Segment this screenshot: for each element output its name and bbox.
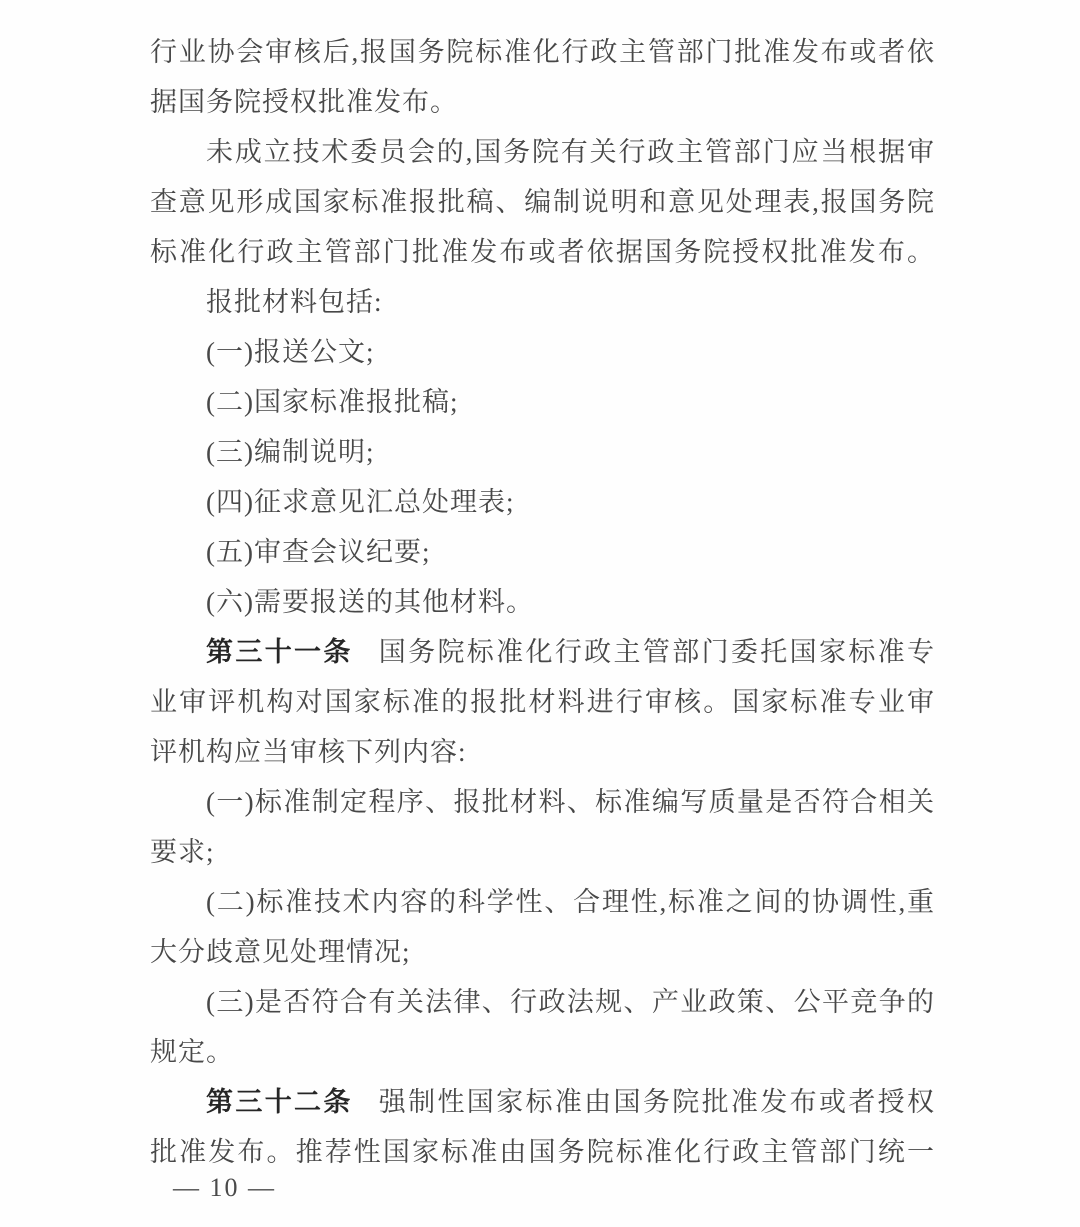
text-line: 大分歧意见处理情况;: [150, 927, 935, 977]
text-line: 查意见形成国家标准报批稿、编制说明和意见处理表,报国务院: [150, 177, 935, 227]
list-item: (四)征求意见汇总处理表;: [150, 477, 935, 527]
article-line-text: 国务院标准化行政主管部门委托国家标准专: [379, 637, 935, 667]
list-item: (六)需要报送的其他材料。: [150, 577, 935, 627]
text-line: 标准化行政主管部门批准发布或者依据国务院授权批准发布。: [150, 227, 935, 277]
document-page: 行业协会审核后,报国务院标准化行政主管部门批准发布或者依 据国务院授权批准发布。…: [0, 0, 1080, 1227]
list-item: (五)审查会议纪要;: [150, 527, 935, 577]
text-line: 业审评机构对国家标准的报批材料进行审核。国家标准专业审: [150, 677, 935, 727]
article-line: 第三十二条强制性国家标准由国务院批准发布或者授权: [150, 1077, 935, 1127]
list-item: (三)是否符合有关法律、行政法规、产业政策、公平竞争的: [150, 977, 935, 1027]
list-item: (一)标准制定程序、报批材料、标准编写质量是否符合相关: [150, 777, 935, 827]
text-line: 报批材料包括:: [150, 277, 935, 327]
text-line: 行业协会审核后,报国务院标准化行政主管部门批准发布或者依: [150, 27, 935, 77]
article-line-text: 强制性国家标准由国务院批准发布或者授权: [379, 1087, 935, 1117]
article-number: 第三十一条: [206, 637, 353, 667]
list-item: (一)报送公文;: [150, 327, 935, 377]
text-line: 要求;: [150, 827, 935, 877]
text-line: 规定。: [150, 1027, 935, 1077]
list-item: (二)标准技术内容的科学性、合理性,标准之间的协调性,重: [150, 877, 935, 927]
list-item: (二)国家标准报批稿;: [150, 377, 935, 427]
list-item: (三)编制说明;: [150, 427, 935, 477]
text-line: 未成立技术委员会的,国务院有关行政主管部门应当根据审: [150, 127, 935, 177]
page-number: — 10 —: [173, 1168, 276, 1208]
article-number: 第三十二条: [206, 1087, 353, 1117]
text-line: 评机构应当审核下列内容:: [150, 727, 935, 777]
document-text-block: 行业协会审核后,报国务院标准化行政主管部门批准发布或者依 据国务院授权批准发布。…: [150, 27, 935, 1177]
text-line: 据国务院授权批准发布。: [150, 77, 935, 127]
article-line: 第三十一条国务院标准化行政主管部门委托国家标准专: [150, 627, 935, 677]
